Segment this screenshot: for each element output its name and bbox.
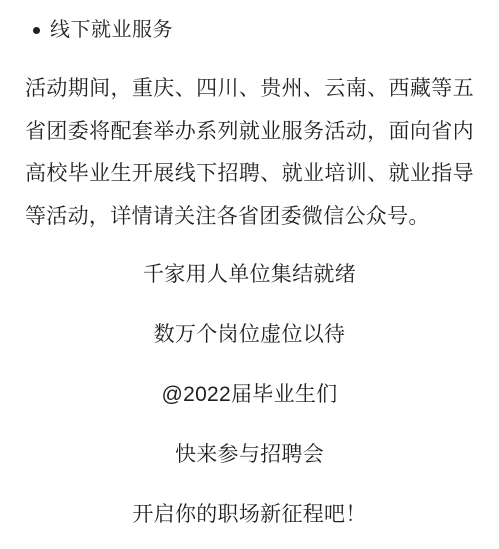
article-page: 线下就业服务 活动期间，重庆、四川、贵州、云南、西藏等五 省团委将配套举办系列就… xyxy=(0,0,499,549)
paragraph-line: 等活动，详情请关注各省团委微信公众号。 xyxy=(25,196,474,239)
centered-line-employers: 千家用人单位集结就绪 xyxy=(25,264,474,286)
paragraph-line: 活动期间，重庆、四川、贵州、云南、西藏等五 xyxy=(25,68,474,111)
bullet-item-label: 线下就业服务 xyxy=(50,19,173,41)
centered-line-positions: 数万个岗位虚位以待 xyxy=(25,324,474,346)
centered-line-graduates: @2022届毕业生们 xyxy=(25,384,474,406)
paragraph-line: 省团委将配套举办系列就业服务活动，面向省内 xyxy=(25,111,474,154)
bullet-icon xyxy=(33,27,40,34)
centered-line-join-fair: 快来参与招聘会 xyxy=(25,444,474,466)
paragraph-line: 高校毕业生开展线下招聘、就业培训、就业指导 xyxy=(25,153,474,196)
centered-line-career-start: 开启你的职场新征程吧！ xyxy=(25,504,474,526)
centered-text-block: 千家用人单位集结就绪 数万个岗位虚位以待 @2022届毕业生们 快来参与招聘会 … xyxy=(25,264,474,526)
body-paragraph: 活动期间，重庆、四川、贵州、云南、西藏等五 省团委将配套举办系列就业服务活动，面… xyxy=(25,68,474,238)
bullet-list-item: 线下就业服务 xyxy=(25,19,474,41)
